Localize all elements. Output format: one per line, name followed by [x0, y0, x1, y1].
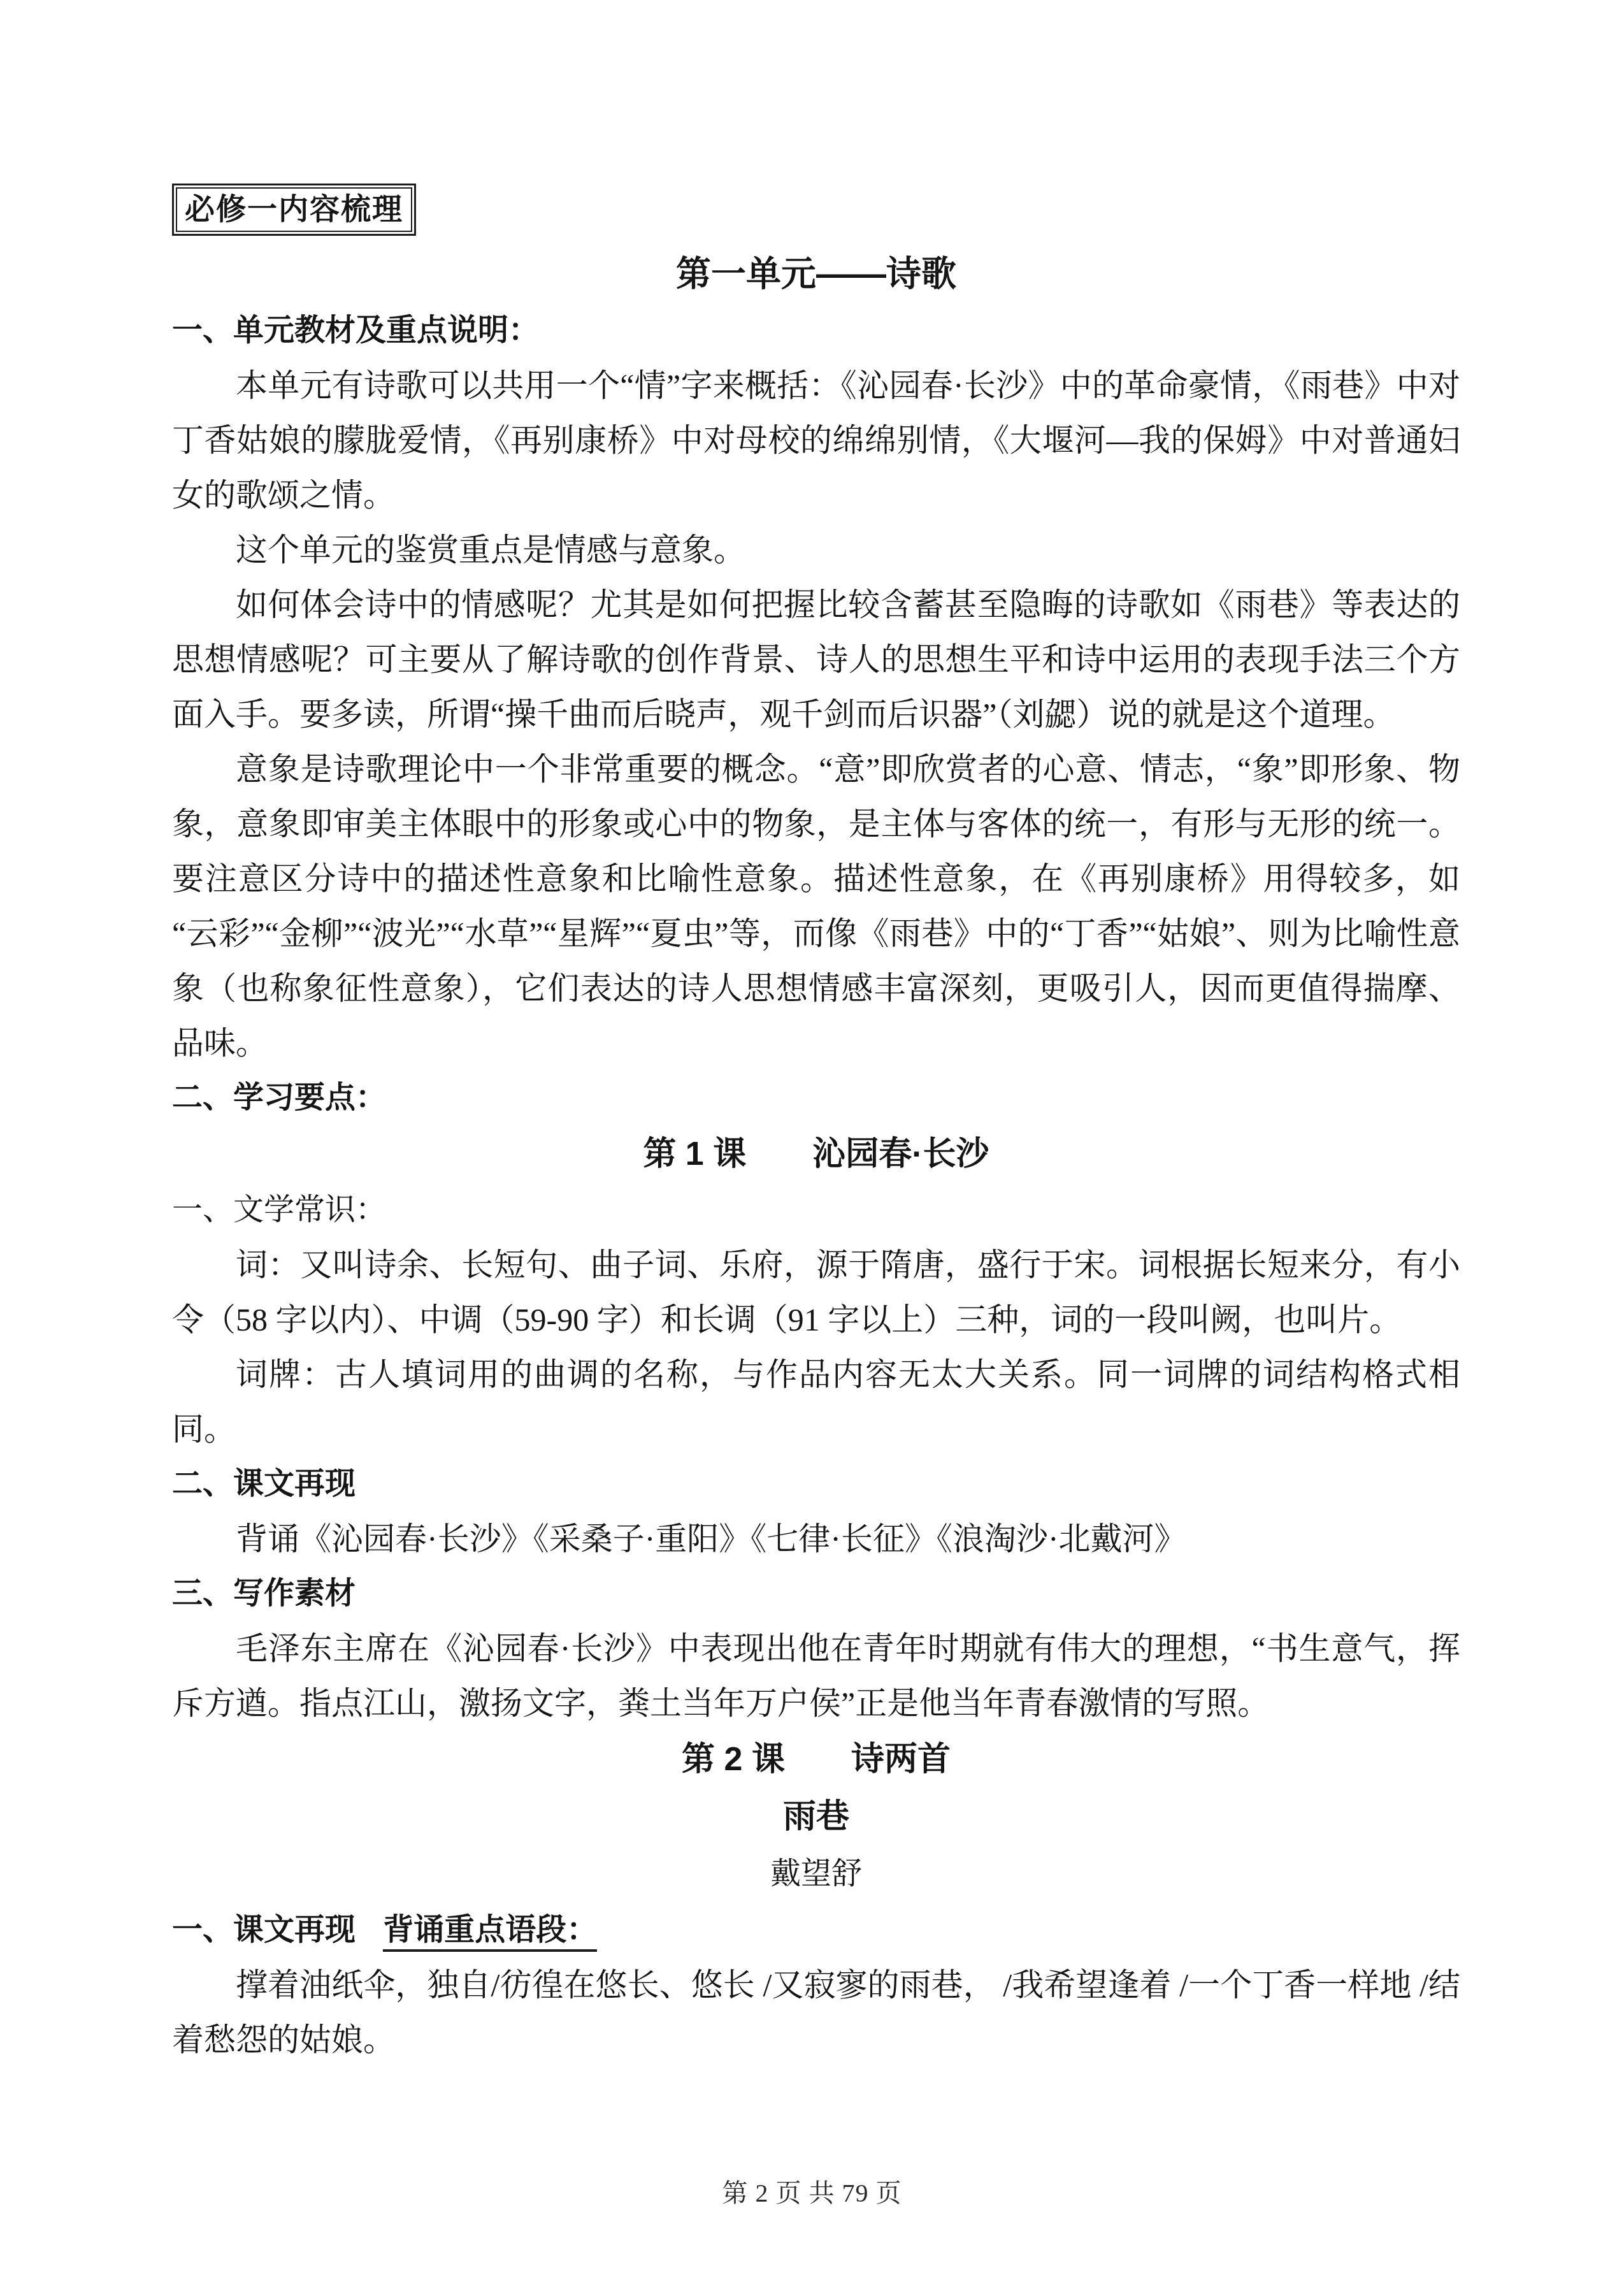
unit-heading: 第一单元——诗歌: [172, 252, 1460, 294]
page-content: 必修一内容梳理 第一单元——诗歌 一、单元教材及重点说明： 本单元有诗歌可以共用…: [172, 184, 1460, 2067]
lesson1-heading: 第 1 课 沁园春·长沙: [172, 1125, 1460, 1183]
lesson2-subheading-row: 一、课文再现背诵重点语段：: [172, 1903, 1460, 1958]
paragraph-recitation-list: 背诵《沁园春·长沙》《采桑子·重阳》《七律·长征》《浪淘沙·北戴河》: [172, 1511, 1460, 1566]
paragraph-cipai-definition: 词牌：古人填词用的曲调的名称，与作品内容无太大关系。同一词牌的词结构格式相同。: [172, 1347, 1460, 1457]
section-heading-study-points: 二、学习要点：: [172, 1071, 1460, 1125]
page-number-footer: 第 2 页 共 79 页: [0, 2178, 1624, 2209]
lesson1-subheading-literary-knowledge: 一、文学常识：: [172, 1183, 1460, 1237]
paragraph-imagery-concept: 意象是诗歌理论中一个非常重要的概念。“意”即欣赏者的心意、情志，“象”即形象、物…: [172, 742, 1460, 1071]
lesson1-subheading-writing-material: 三、写作素材: [172, 1566, 1460, 1621]
document-title: 必修一内容梳理: [176, 187, 412, 232]
paragraph-appreciation-focus: 这个单元的鉴赏重点是情感与意象。: [172, 523, 1460, 577]
lesson1-subheading-text-recall: 二、课文再现: [172, 1457, 1460, 1511]
lesson2-poem-title: 雨巷: [172, 1788, 1460, 1845]
document-page: 必修一内容梳理 第一单元——诗歌 一、单元教材及重点说明： 本单元有诗歌可以共用…: [0, 0, 1624, 2294]
paragraph-unit-intro: 本单元有诗歌可以共用一个“情”字来概括：《沁园春·长沙》中的革命豪情，《雨巷》中…: [172, 358, 1460, 523]
title-box: 必修一内容梳理: [172, 184, 416, 236]
lesson2-heading: 第 2 课 诗两首: [172, 1731, 1460, 1788]
section-heading-unit-materials: 一、单元教材及重点说明：: [172, 303, 1460, 358]
paragraph-rain-lane-poem: 撑着油纸伞，独自/彷徨在悠长、悠长 /又寂寥的雨巷， /我希望逢着 /一个丁香一…: [172, 1958, 1460, 2067]
paragraph-ci-definition: 词：又叫诗余、长短句、曲子词、乐府，源于隋唐，盛行于宋。词根据长短来分，有小令（…: [172, 1237, 1460, 1347]
lesson2-subheading-text-recall: 一、课文再现: [172, 1913, 356, 1947]
lesson2-recite-key-passage-label: 背诵重点语段：: [383, 1913, 597, 1952]
lesson2-poem-author: 戴望舒: [172, 1845, 1460, 1903]
paragraph-emotion-method: 如何体会诗中的情感呢？尤其是如何把握比较含蓄甚至隐晦的诗歌如《雨巷》等表达的思想…: [172, 577, 1460, 742]
paragraph-mao-material: 毛泽东主席在《沁园春·长沙》中表现出他在青年时期就有伟大的理想，“书生意气，挥斥…: [172, 1621, 1460, 1731]
